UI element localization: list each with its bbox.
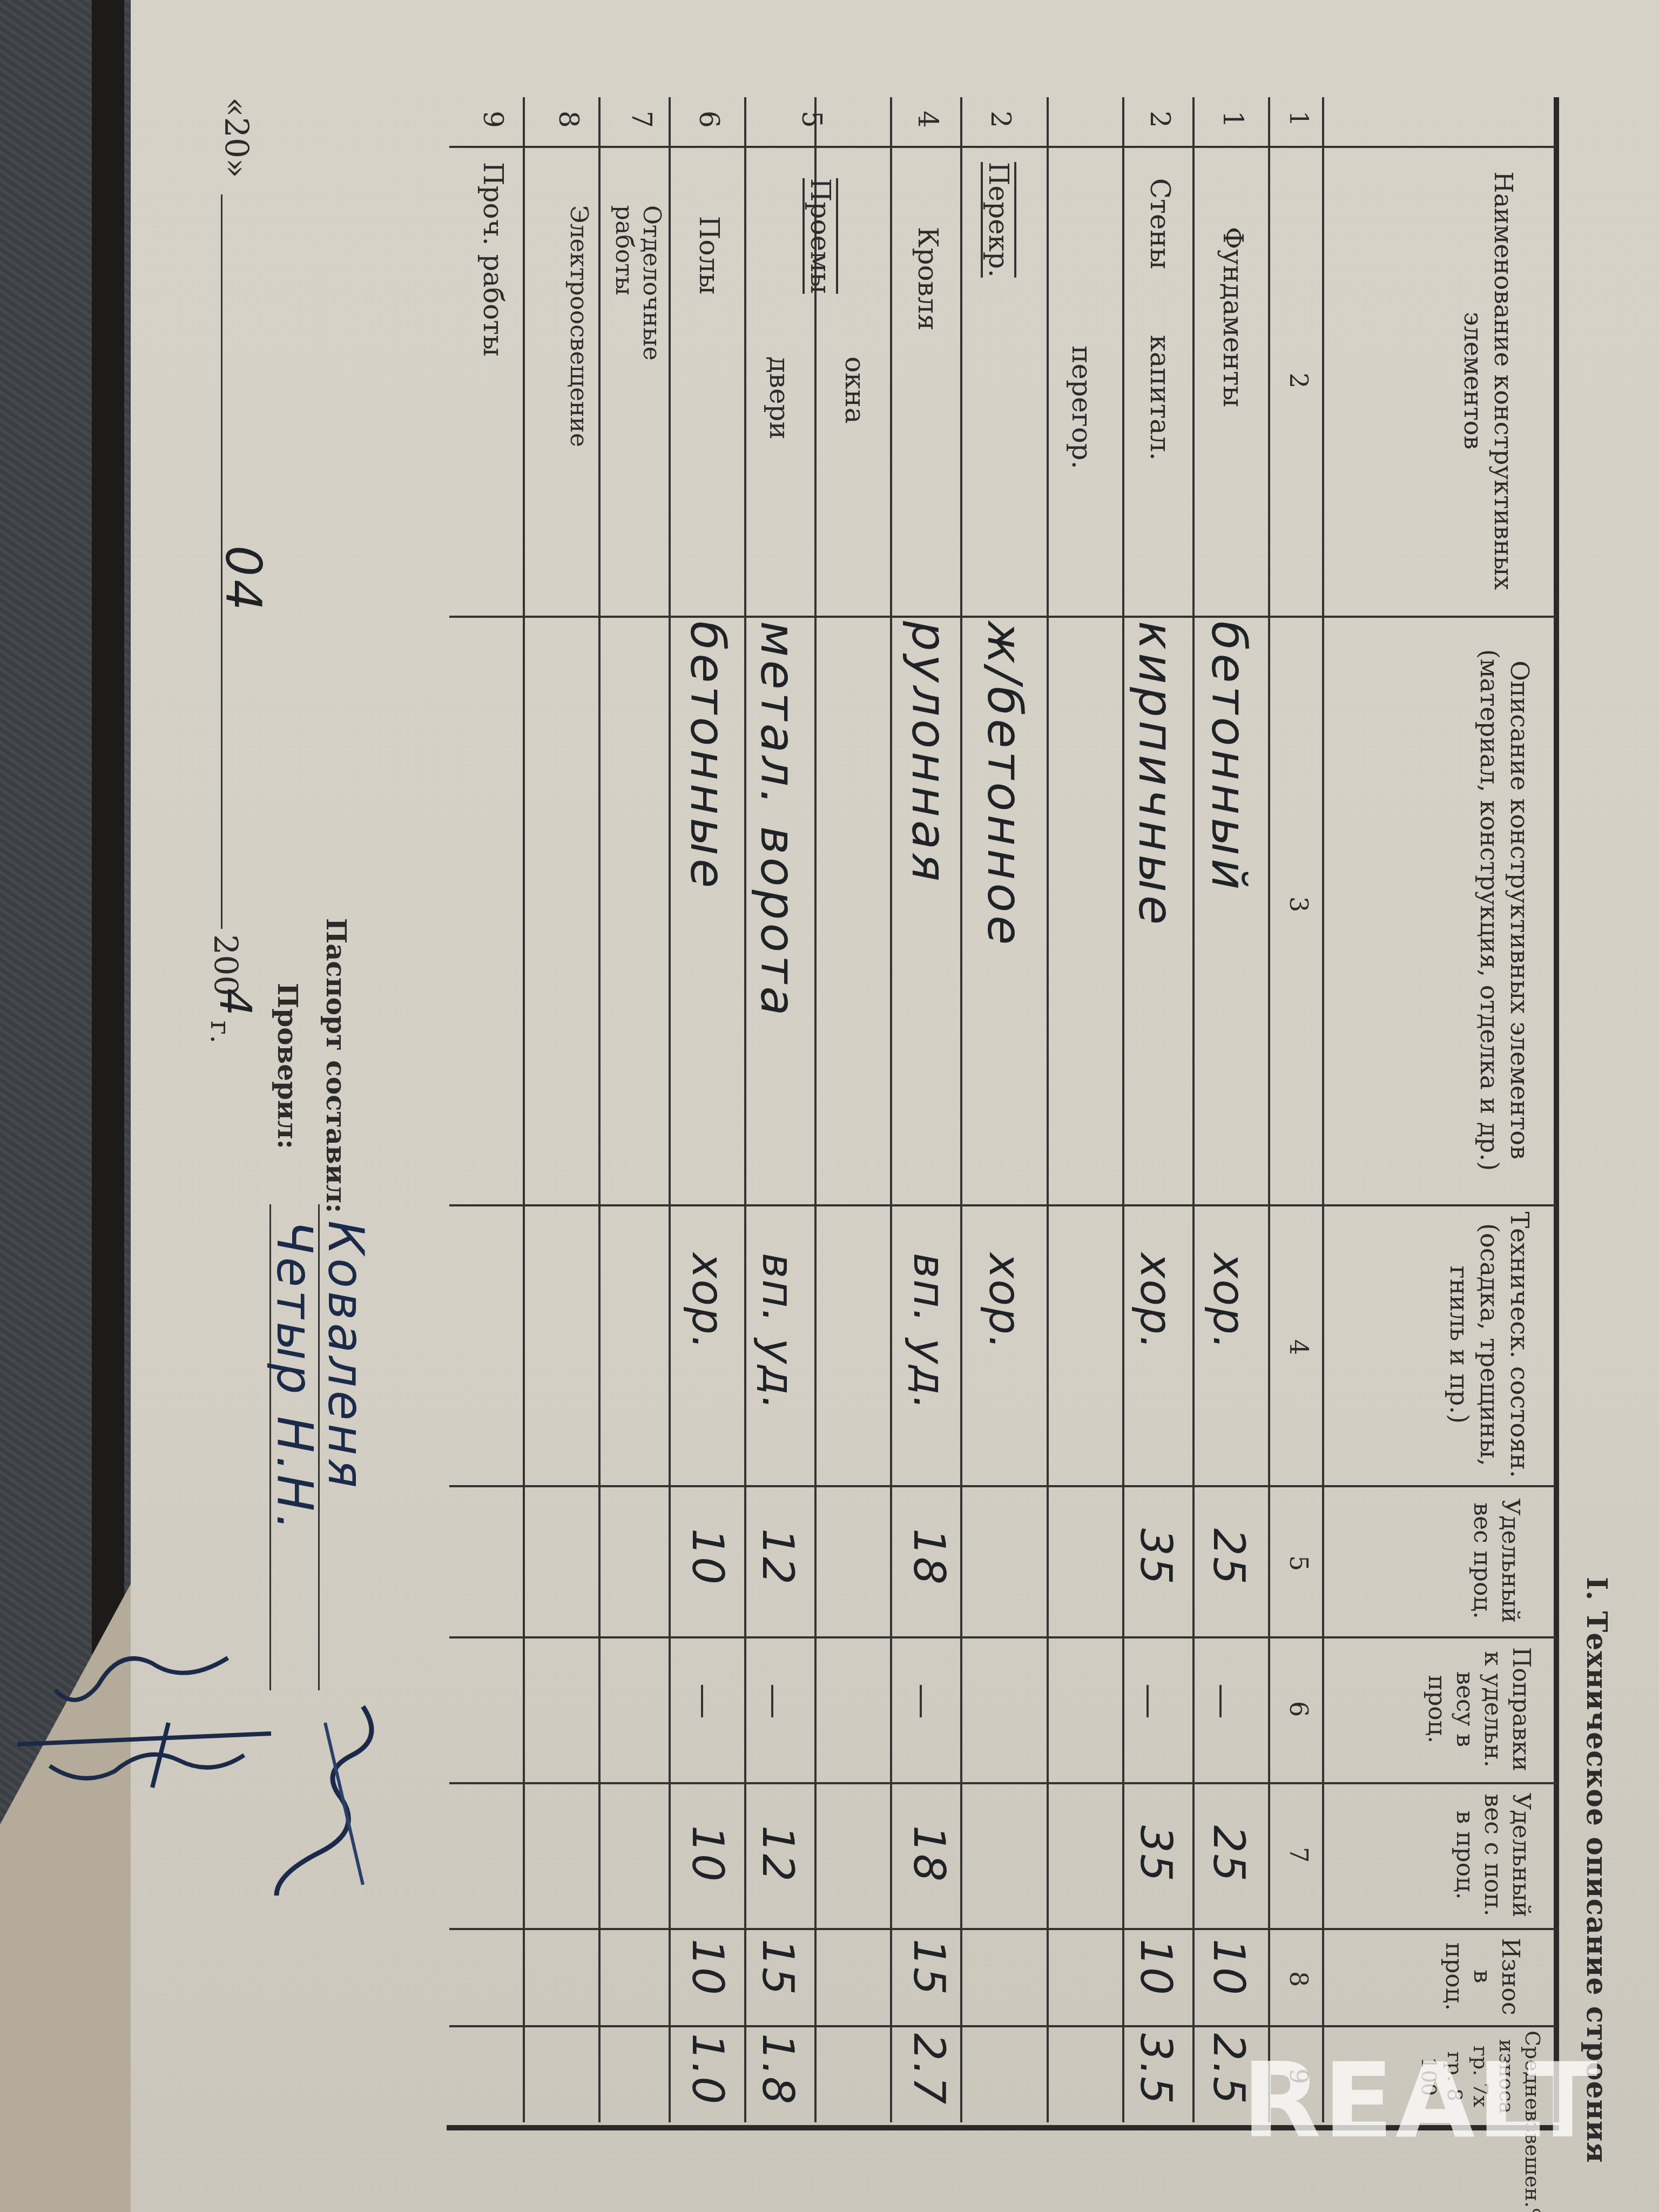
empty-cell-dash	[920, 1685, 922, 1717]
weightcorr-roof: 18	[904, 1825, 954, 1883]
cond-foundations: хор.	[1204, 1253, 1254, 1351]
col-divider-2	[449, 616, 1556, 618]
wwear-roof: 2.7	[904, 2033, 954, 2105]
weightcorr-foundations: 25	[1204, 1825, 1254, 1883]
row-line	[744, 97, 746, 2122]
weight-foundations: 25	[1204, 1528, 1254, 1586]
row-num: 2	[1144, 111, 1176, 128]
row-label-electric: Электроосвещение	[565, 205, 592, 432]
cond-walls: хор.	[1131, 1253, 1181, 1351]
colnum-3: 3	[1284, 896, 1313, 912]
header-col-7: Удельный вес с поп. в проц.	[1451, 1788, 1535, 1923]
signature-scribble	[44, 1642, 239, 1728]
row-num: 5	[796, 111, 827, 128]
cond-doors: вп. уд.	[753, 1253, 803, 1411]
date-year-prefix: 200	[206, 934, 244, 996]
header-bottom-line	[1322, 97, 1324, 2122]
row-group-ceilings: Перекр.	[981, 162, 1016, 278]
date-day: «20»	[217, 97, 255, 178]
col-divider-3	[449, 1204, 1556, 1206]
technical-passport-form: I. Техническое описание строения Наимено…	[131, 0, 1659, 2212]
weight-roof: 18	[904, 1528, 954, 1586]
desc-foundations: бетонный	[1201, 621, 1257, 893]
col-divider-4	[449, 1485, 1556, 1487]
wear-walls: 10	[1131, 1939, 1181, 1996]
desc-walls: кирпичные	[1128, 621, 1184, 928]
compiled-label: Паспорт составил:	[320, 918, 352, 1213]
row-label-windows: окна	[839, 356, 871, 424]
weight-walls: 35	[1131, 1528, 1181, 1586]
weight-doors: 12	[753, 1528, 803, 1586]
row-label-floors: Полы	[693, 216, 725, 294]
header-col-6: Поправки к удельн. весу в проц.	[1422, 1642, 1535, 1777]
row-line	[1192, 97, 1195, 2122]
empty-cell-dash	[1219, 1685, 1222, 1717]
realt-watermark: REALT	[1242, 2041, 1600, 2161]
col-divider-5	[449, 1636, 1556, 1638]
row-line	[960, 97, 962, 2122]
weightcorr-walls: 35	[1131, 1825, 1181, 1883]
row-num: 2	[985, 111, 1016, 128]
row-num: 6	[693, 111, 725, 128]
row-group-openings: Проемы	[802, 178, 838, 294]
colnum-bottom-line	[1268, 97, 1270, 2122]
desc-floors: бетонные	[680, 621, 736, 891]
weightcorr-floors: 10	[683, 1825, 733, 1883]
col-divider-1	[449, 146, 1556, 148]
colnum-1: 1	[1284, 111, 1313, 126]
empty-cell-dash	[1147, 1685, 1149, 1717]
row-label-walls-partition: перегор.	[1066, 346, 1097, 469]
colnum-5: 5	[1284, 1555, 1313, 1571]
header-col-3: Описание конструктивных элементов (матер…	[1474, 621, 1535, 1199]
desc-ceilings: ж/бетонное	[977, 621, 1033, 948]
row-line	[1047, 97, 1049, 2122]
header-col-8: Износ в проц.	[1440, 1933, 1524, 2020]
row-label-other: Проч. работы	[477, 162, 509, 356]
empty-cell-dash	[771, 1685, 773, 1717]
col-divider-6	[449, 1782, 1556, 1784]
wear-foundations: 10	[1204, 1939, 1254, 1996]
row-label-foundations: Фундаменты	[1217, 227, 1249, 407]
row-label-doors: двери	[764, 356, 795, 440]
row-num: 1	[1217, 111, 1249, 128]
row-label-walls-capital: капитал.	[1144, 335, 1176, 461]
colnum-6: 6	[1284, 1701, 1313, 1717]
checked-label: Проверил:	[272, 983, 304, 1149]
compiled-by-name: Коваленя	[317, 1220, 374, 1491]
colnum-8: 8	[1284, 1971, 1313, 1987]
row-group-walls: Стены	[1144, 178, 1176, 269]
date-month: 04	[214, 545, 271, 614]
wear-roof: 15	[904, 1939, 954, 1996]
colnum-2: 2	[1284, 373, 1313, 388]
weightcorr-doors: 12	[753, 1825, 803, 1883]
date-year-suffix: 4	[210, 988, 260, 1019]
row-line	[598, 97, 601, 2122]
date-suffix: г.	[205, 1021, 236, 1043]
wwear-floors: 1.0	[683, 2033, 733, 2105]
row-num: 4	[912, 111, 943, 128]
row-line	[669, 97, 671, 2122]
row-num: 9	[477, 111, 509, 128]
cond-ceilings: хор.	[980, 1253, 1030, 1351]
row-label-finishing: Отделочные работы	[610, 205, 665, 432]
col-divider-7	[449, 1928, 1556, 1930]
checked-by-name: Четыр Н.Н.	[266, 1220, 322, 1533]
frame-border-top	[1554, 97, 1559, 2122]
row-line	[1122, 97, 1124, 2122]
cond-floors: хор.	[683, 1253, 733, 1351]
wwear-walls: 3.5	[1131, 2033, 1181, 2105]
row-line	[814, 97, 817, 2122]
row-num: 7	[626, 111, 657, 128]
empty-cell-dash	[701, 1685, 703, 1717]
header-col-5: Удельный вес проц.	[1468, 1491, 1524, 1631]
desc-doors: метал. ворота	[750, 621, 806, 1019]
row-line	[890, 97, 892, 2122]
cond-roof: вп. уд.	[904, 1253, 954, 1411]
weight-floors: 10	[683, 1528, 733, 1586]
header-col-4: Техническ. состоян. (осадка, трещины, гн…	[1444, 1210, 1535, 1480]
wwear-doors: 1.8	[753, 2033, 803, 2105]
desc-roof: рулонная	[901, 621, 957, 885]
row-num: 8	[553, 111, 584, 128]
col-divider-8	[449, 2025, 1556, 2027]
header-col-2: Наименование конструктивных элементов	[1458, 151, 1519, 610]
row-label-roof: Кровля	[912, 227, 943, 331]
colnum-7: 7	[1284, 1847, 1313, 1863]
row-line	[523, 97, 525, 2122]
wear-floors: 10	[683, 1939, 733, 1996]
colnum-4: 4	[1284, 1339, 1313, 1355]
wear-doors: 15	[753, 1939, 803, 1996]
